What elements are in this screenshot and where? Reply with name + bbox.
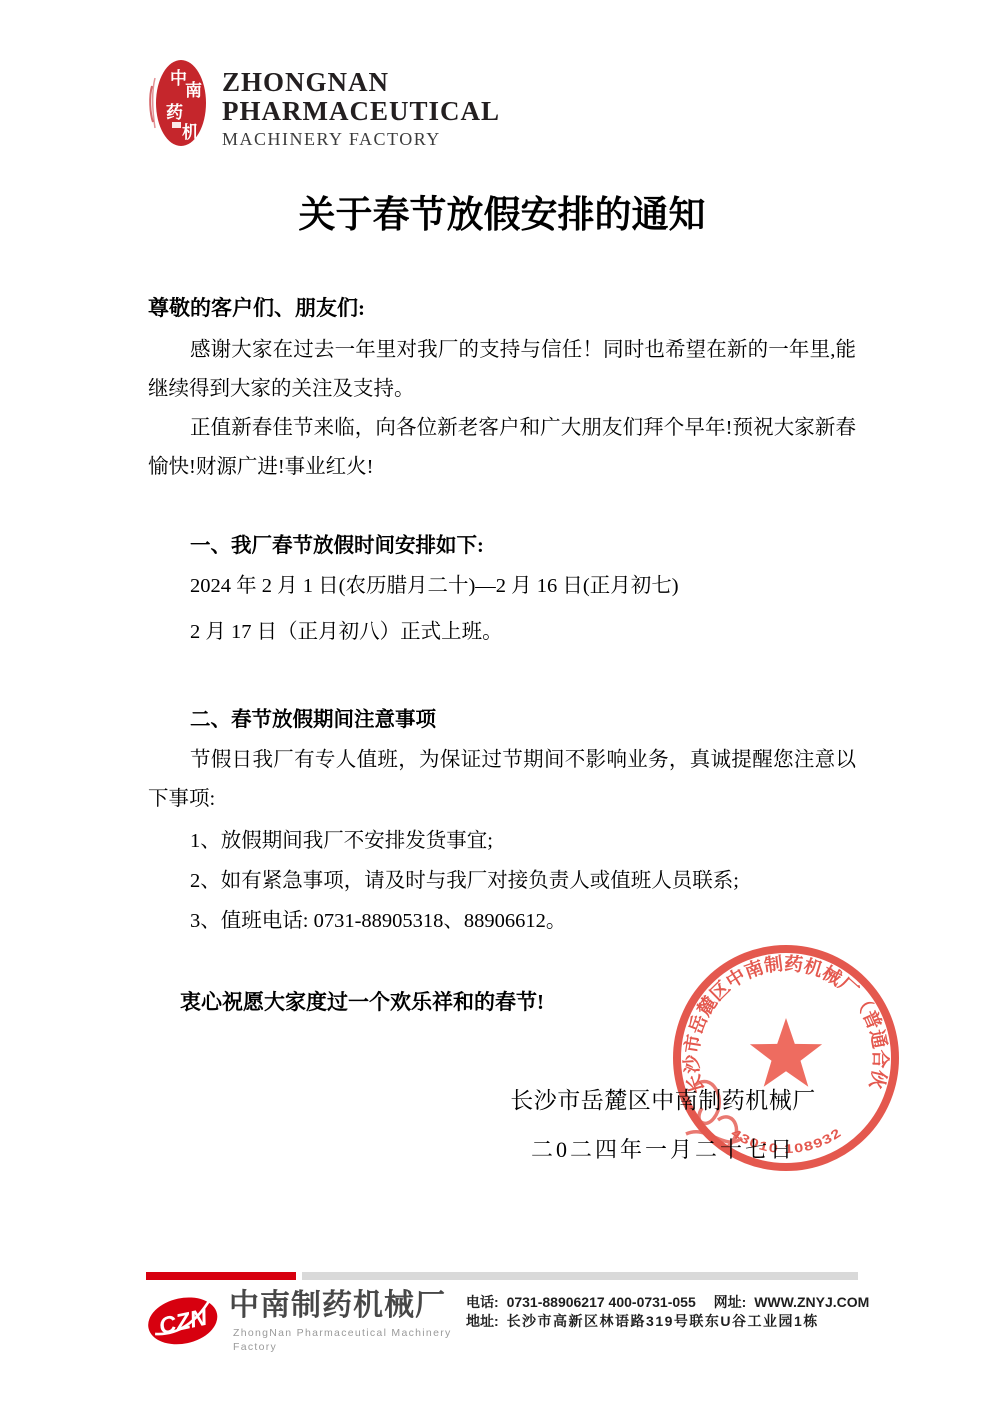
footer-content: CZN 中南制药机械厂 ZhongNan Pharmaceutical Mach…	[146, 1289, 858, 1354]
web-address: WWW.ZNYJ.COM	[754, 1294, 869, 1310]
section2-heading: 二、春节放假期间注意事项	[148, 705, 856, 735]
address-label: 地址:	[466, 1313, 499, 1329]
section1-return-date: 2 月 17 日（正月初八）正式上班。	[148, 612, 856, 653]
footer-brand: CZN 中南制药机械厂 ZhongNan Pharmaceutical Mach…	[146, 1289, 466, 1354]
seal-char-2: 南	[185, 80, 202, 100]
brand-line-2: PHARMACEUTICAL	[222, 97, 500, 126]
notice-items: 1、放假期间我厂不安排发货事宜; 2、如有紧急事项，请及时与我厂对接负责人或值班…	[148, 821, 856, 941]
seal-char-3: 药	[166, 103, 183, 122]
company-seal-logo: 中 南 药 机	[148, 56, 208, 150]
company-name-en: ZHONGNAN PHARMACEUTICAL MACHINERY FACTOR…	[222, 56, 500, 151]
phone-numbers: 0731-88906217 400-0731-055	[507, 1294, 696, 1310]
official-seal-stamp: 长沙市岳麓区中南制药机械厂（普通合伙） 43010 108932	[666, 938, 906, 1178]
web-label: 网址:	[714, 1294, 747, 1310]
footer-divider-bar	[146, 1272, 858, 1280]
notice-item-2: 2、如有紧急事项，请及时与我厂对接负责人或值班人员联系;	[148, 861, 856, 901]
footer-address-line: 地址: 长沙市高新区林语路319号联东U谷工业园1栋	[466, 1312, 858, 1331]
document-content: 中 南 药 机 ZHONGNAN PHARMACEUTICAL MACHINER…	[148, 0, 856, 1017]
czn-logo: CZN	[146, 1289, 223, 1351]
paragraph-newyear-wish: 正值新春佳节来临，向各位新老客户和广大朋友们拜个早年!预祝大家新春愉快!财源广进…	[148, 409, 856, 487]
notice-item-1: 1、放假期间我厂不安排发货事宜;	[148, 821, 856, 861]
section1-holiday-dates: 2024 年 2 月 1 日(农历腊月二十)—2 月 16 日(正月初七)	[148, 566, 856, 607]
section1-heading: 一、我厂春节放假时间安排如下:	[148, 531, 856, 561]
section2-intro: 节假日我厂有专人值班，为保证过节期间不影响业务，真诚提醒您注意以下事项:	[148, 741, 856, 819]
footer-company-cn: 中南制药机械厂	[229, 1289, 466, 1323]
brand-line-1: ZHONGNAN	[222, 68, 500, 97]
footer-contact: 电话: 0731-88906217 400-0731-055 网址: WWW.Z…	[466, 1289, 858, 1354]
document-page: 中 南 药 机 ZHONGNAN PHARMACEUTICAL MACHINER…	[0, 0, 1000, 1414]
seal-char-4: 机	[182, 122, 199, 142]
footer-phone-line: 电话: 0731-88906217 400-0731-055 网址: WWW.Z…	[466, 1293, 858, 1312]
stamp-star-icon	[750, 1018, 822, 1087]
stamp-serial-holder: 43010 108932	[729, 1125, 845, 1156]
brand-line-3: MACHINERY FACTORY	[222, 127, 500, 151]
paragraph-thanks: 感谢大家在过去一年里对我厂的支持与信任！同时也希望在新的一年里,能继续得到大家的…	[148, 331, 856, 409]
footer-bar-gray-segment	[302, 1272, 858, 1280]
footer: CZN 中南制药机械厂 ZhongNan Pharmaceutical Mach…	[146, 1272, 858, 1354]
phone-label: 电话:	[466, 1294, 499, 1310]
footer-company-names: 中南制药机械厂 ZhongNan Pharmaceutical Machiner…	[229, 1289, 466, 1354]
document-title: 关于春节放假安排的通知	[148, 193, 856, 237]
footer-bar-red-segment	[146, 1272, 296, 1280]
letterhead: 中 南 药 机 ZHONGNAN PHARMACEUTICAL MACHINER…	[148, 0, 856, 151]
notice-item-3: 3、值班电话: 0731-88905318、88906612。	[148, 901, 856, 941]
footer-company-en: ZhongNan Pharmaceutical Machinery Factor…	[229, 1326, 466, 1354]
address-text: 长沙市高新区林语路319号联东U谷工业园1栋	[507, 1313, 819, 1329]
stamp-serial-number: 43010 108932	[729, 1125, 845, 1156]
greeting-line: 尊敬的客户们、朋友们:	[148, 293, 856, 323]
